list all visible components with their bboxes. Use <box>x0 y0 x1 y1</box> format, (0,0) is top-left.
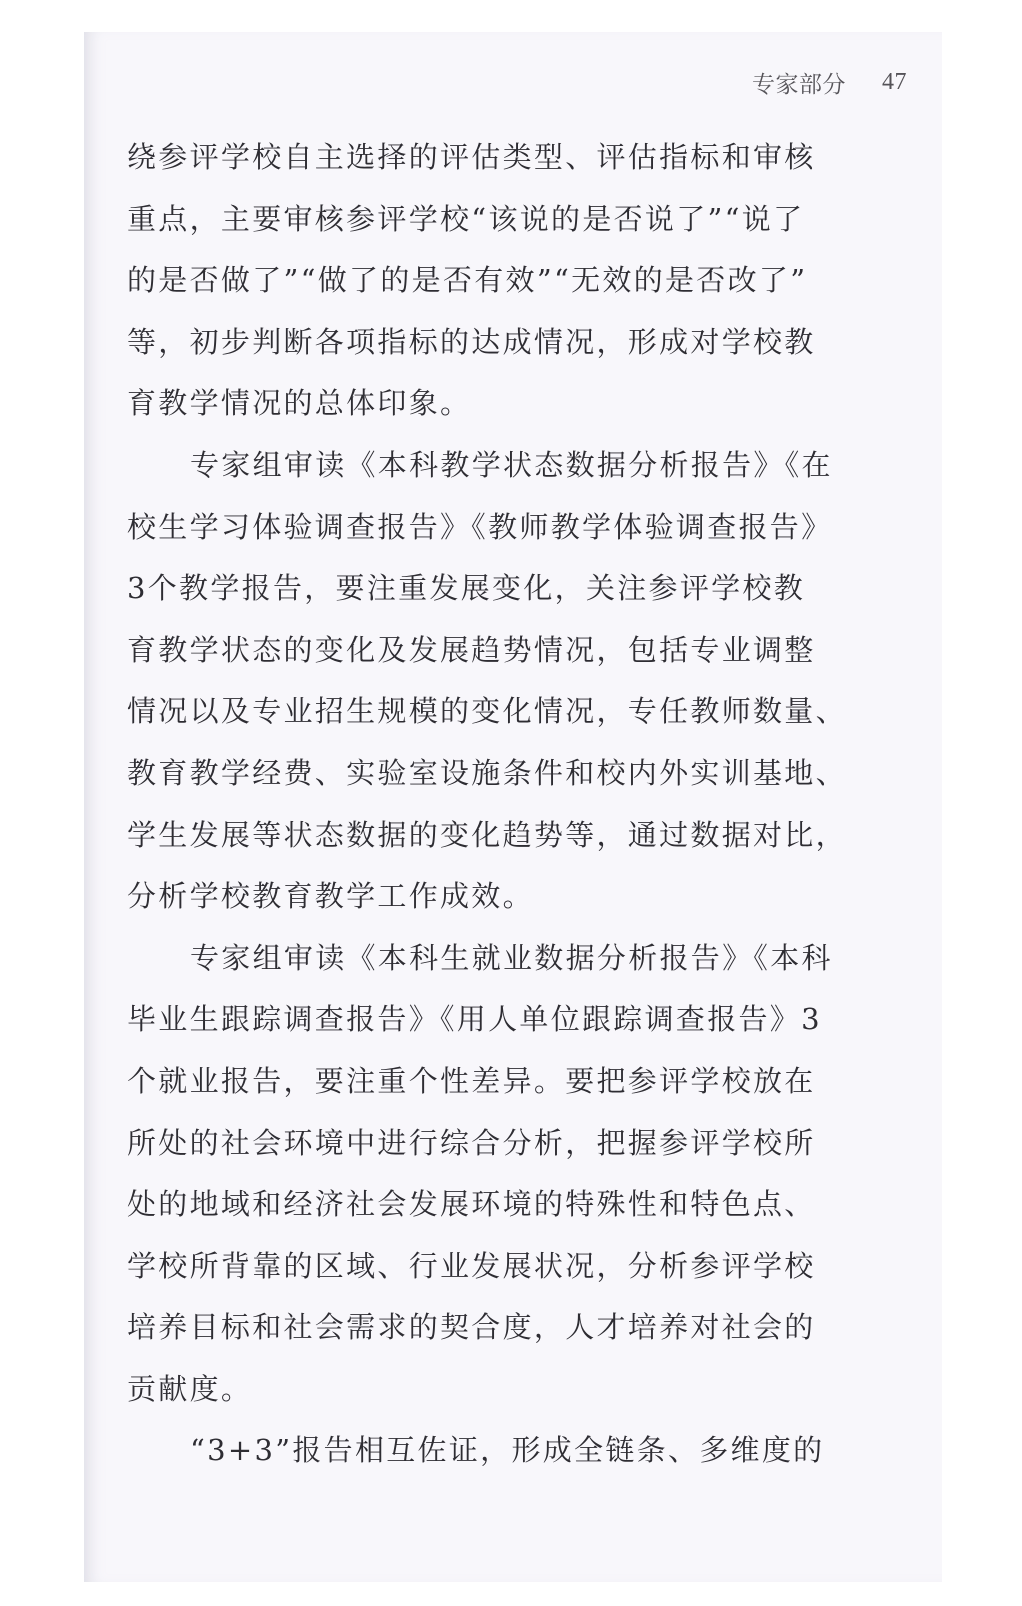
running-header: 专家部分 47 <box>752 66 907 98</box>
text-line: 重点，主要审核参评学校“该说的是否说了”“说了 <box>127 189 847 251</box>
text-line: 所处的社会环境中进行综合分析，把握参评学校所 <box>127 1113 847 1175</box>
text-line: 培养目标和社会需求的契合度，人才培养对社会的 <box>127 1297 847 1359</box>
text-line: 校生学习体验调查报告》《教师教学体验调查报告》 <box>127 497 847 559</box>
text-line: 情况以及专业招生规模的变化情况，专任教师数量、 <box>127 681 847 743</box>
text-line: 育教学状态的变化及发展趋势情况，包括专业调整 <box>127 620 847 682</box>
section-title: 专家部分 <box>752 66 846 99</box>
body-text: 绕参评学校自主选择的评估类型、评估指标和审核 重点，主要审核参评学校“该说的是否… <box>127 127 847 1482</box>
text-line: 分析学校教育教学工作成效。 <box>127 866 847 928</box>
text-line: 绕参评学校自主选择的评估类型、评估指标和审核 <box>127 127 847 189</box>
text-line: 教育教学经费、实验室设施条件和校内外实训基地、 <box>127 743 847 805</box>
text-line: 处的地域和经济社会发展环境的特殊性和特色点、 <box>127 1174 847 1236</box>
text-line: 贡献度。 <box>127 1359 847 1421</box>
text-line: 学校所背靠的区域、行业发展状况，分析参评学校 <box>127 1236 847 1298</box>
text-line: 3个教学报告，要注重发展变化，关注参评学校教 <box>127 558 847 620</box>
text-line: 毕业生跟踪调查报告》《用人单位跟踪调查报告》3 <box>127 989 847 1051</box>
text-line: 学生发展等状态数据的变化趋势等，通过数据对比， <box>127 805 847 867</box>
paragraph-first-line: “3+3”报告相互佐证，形成全链条、多维度的 <box>127 1420 847 1482</box>
text-line: 等，初步判断各项指标的达成情况，形成对学校教 <box>127 312 847 374</box>
page-number: 47 <box>882 69 907 96</box>
paragraph-first-line: 专家组审读《本科教学状态数据分析报告》《在 <box>127 435 847 497</box>
text-line: 育教学情况的总体印象。 <box>127 373 847 435</box>
text-line: 个就业报告，要注重个性差异。要把参评学校放在 <box>127 1051 847 1113</box>
text-line: 的是否做了”“做了的是否有效”“无效的是否改了” <box>127 250 847 312</box>
paragraph-first-line: 专家组审读《本科生就业数据分析报告》《本科 <box>127 928 847 990</box>
